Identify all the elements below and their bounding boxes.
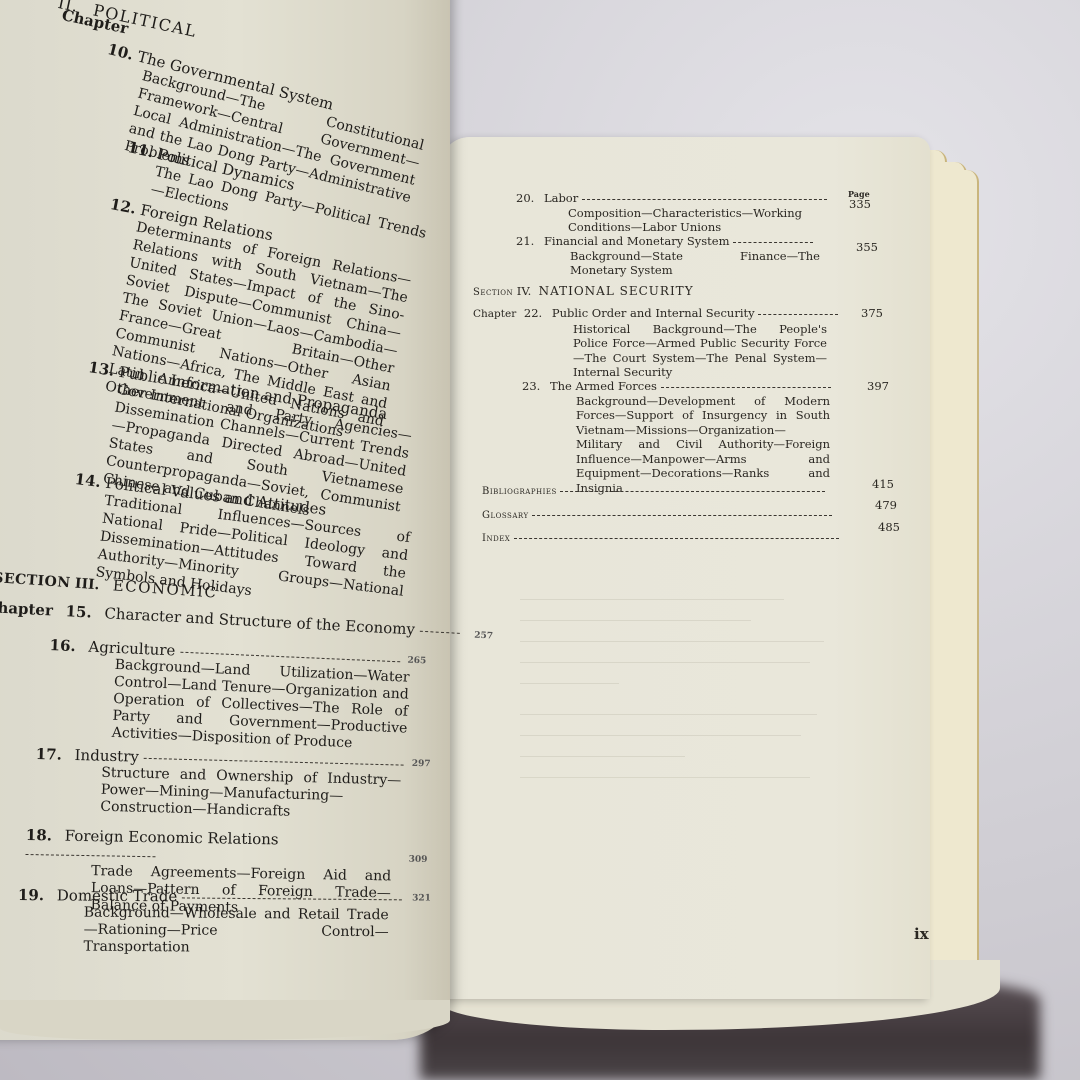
toc-entry-bibliographies[interactable]: Bibliographies 415 xyxy=(482,483,867,500)
leader-dots xyxy=(532,515,832,516)
leader-dots xyxy=(661,387,831,388)
leader-dots xyxy=(758,314,838,315)
leader-dots xyxy=(560,491,825,492)
right-page-toc: Page 20. Labor 335 Composition—Character… xyxy=(0,0,1080,1080)
leader-dots xyxy=(582,199,827,200)
toc-entry-chapter-21[interactable]: 21. Financial and Monetary System 355 Ba… xyxy=(516,234,866,278)
section-heading-national-security: Section IV. NATIONAL SECURITY xyxy=(473,284,694,301)
leader-dots xyxy=(514,538,839,539)
toc-entry-index[interactable]: Index 485 xyxy=(482,530,867,547)
toc-entry-glossary[interactable]: Glossary 479 xyxy=(482,507,867,524)
page-folio: ix xyxy=(914,927,929,942)
toc-entry-chapter-23[interactable]: 23. The Armed Forces 397 Background—Deve… xyxy=(522,379,872,495)
toc-entry-chapter-22[interactable]: Chapter 22. Public Order and Internal Se… xyxy=(473,306,873,380)
leader-dots xyxy=(733,242,813,243)
toc-entry-chapter-20[interactable]: 20. Labor 335 Composition—Characteristic… xyxy=(516,191,866,235)
